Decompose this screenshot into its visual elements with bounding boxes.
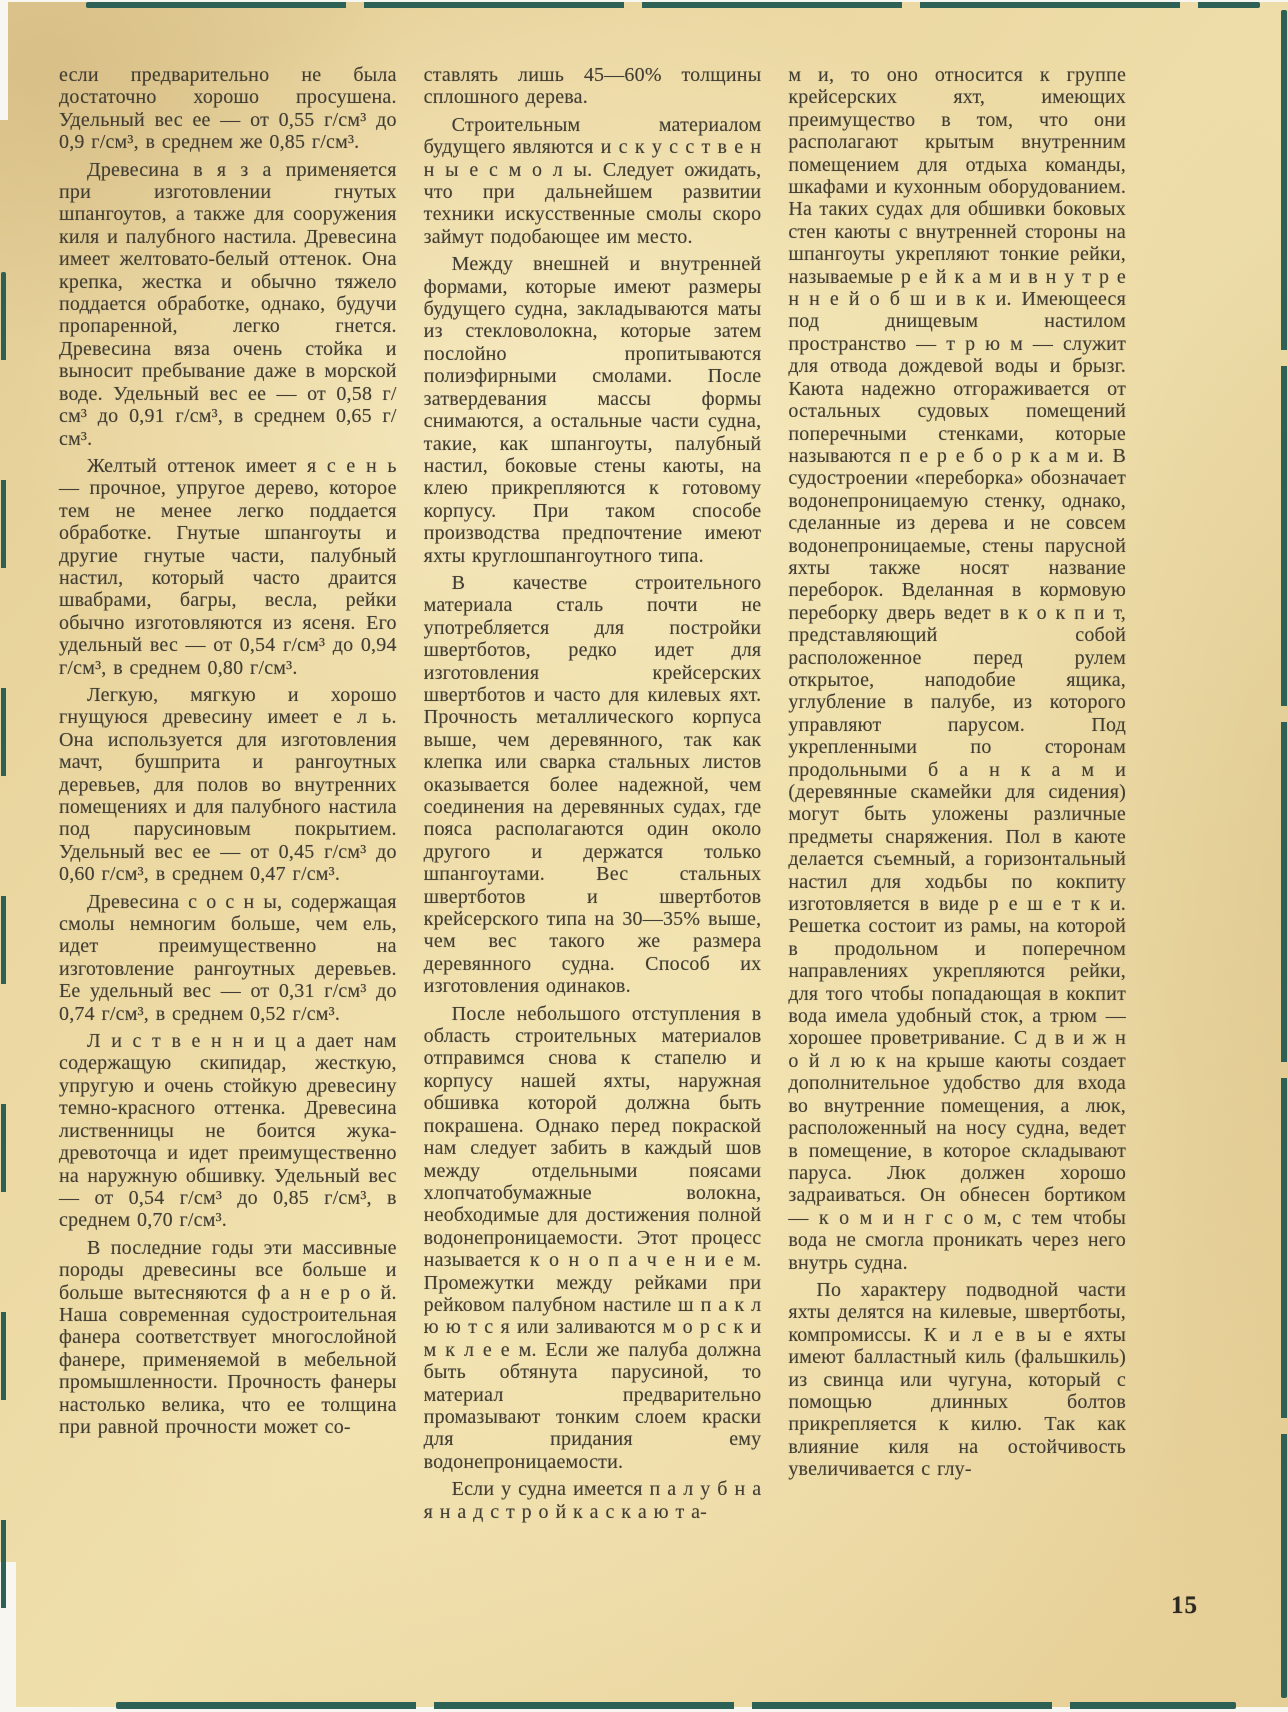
paragraph: Древесина в я з а применяется при изгото… [59,159,397,450]
text-column-2: ставлять лишь 45—60% толщины сплошного д… [424,64,762,1523]
paragraph: Строительным материалом будущего являютс… [424,114,762,248]
paragraph: Легкую, мягкую и хорошо гнущуюся древеси… [59,684,397,886]
paragraph: ставлять лишь 45—60% толщины сплошного д… [424,64,762,109]
paragraph: После небольшого отступления в область с… [424,1003,762,1474]
page-content: если предварительно не была достаточно х… [59,64,1126,1523]
paragraph: Если у судна имеется п а л у б н а я н а… [424,1478,762,1523]
page-edge-mark-top [86,2,1260,8]
paragraph: По характеру подводной части яхты делятс… [788,1279,1126,1481]
paragraph: В последние годы эти массивные породы др… [59,1237,397,1439]
paragraph: если предварительно не была достаточно х… [59,64,397,154]
text-column-1: если предварительно не была достаточно х… [59,64,397,1523]
paragraph: В качестве строительного материала сталь… [424,572,762,998]
paragraph: Между внешней и внутренней формами, кото… [424,253,762,567]
page-background: если предварительно не была достаточно х… [0,0,1288,1712]
page-edge-mark-bottom [116,1702,1236,1709]
text-column-3: м и, то оно относится к группе крейсерск… [788,64,1126,1523]
paragraph: м и, то оно относится к группе крейсерск… [788,64,1126,1274]
scan-edge-left-top [0,0,8,120]
page-edge-mark-left [1,272,6,1692]
page-edge-mark-right [1281,10,1287,1698]
paragraph: Желтый оттенок имеет я с е н ь — прочное… [59,455,397,679]
paragraph: Древесина с о с н ы, содержащая смолы не… [59,891,397,1025]
paragraph: Л и с т в е н н и ц а дает нам содержащу… [59,1030,397,1232]
page-number: 15 [1171,1592,1198,1620]
